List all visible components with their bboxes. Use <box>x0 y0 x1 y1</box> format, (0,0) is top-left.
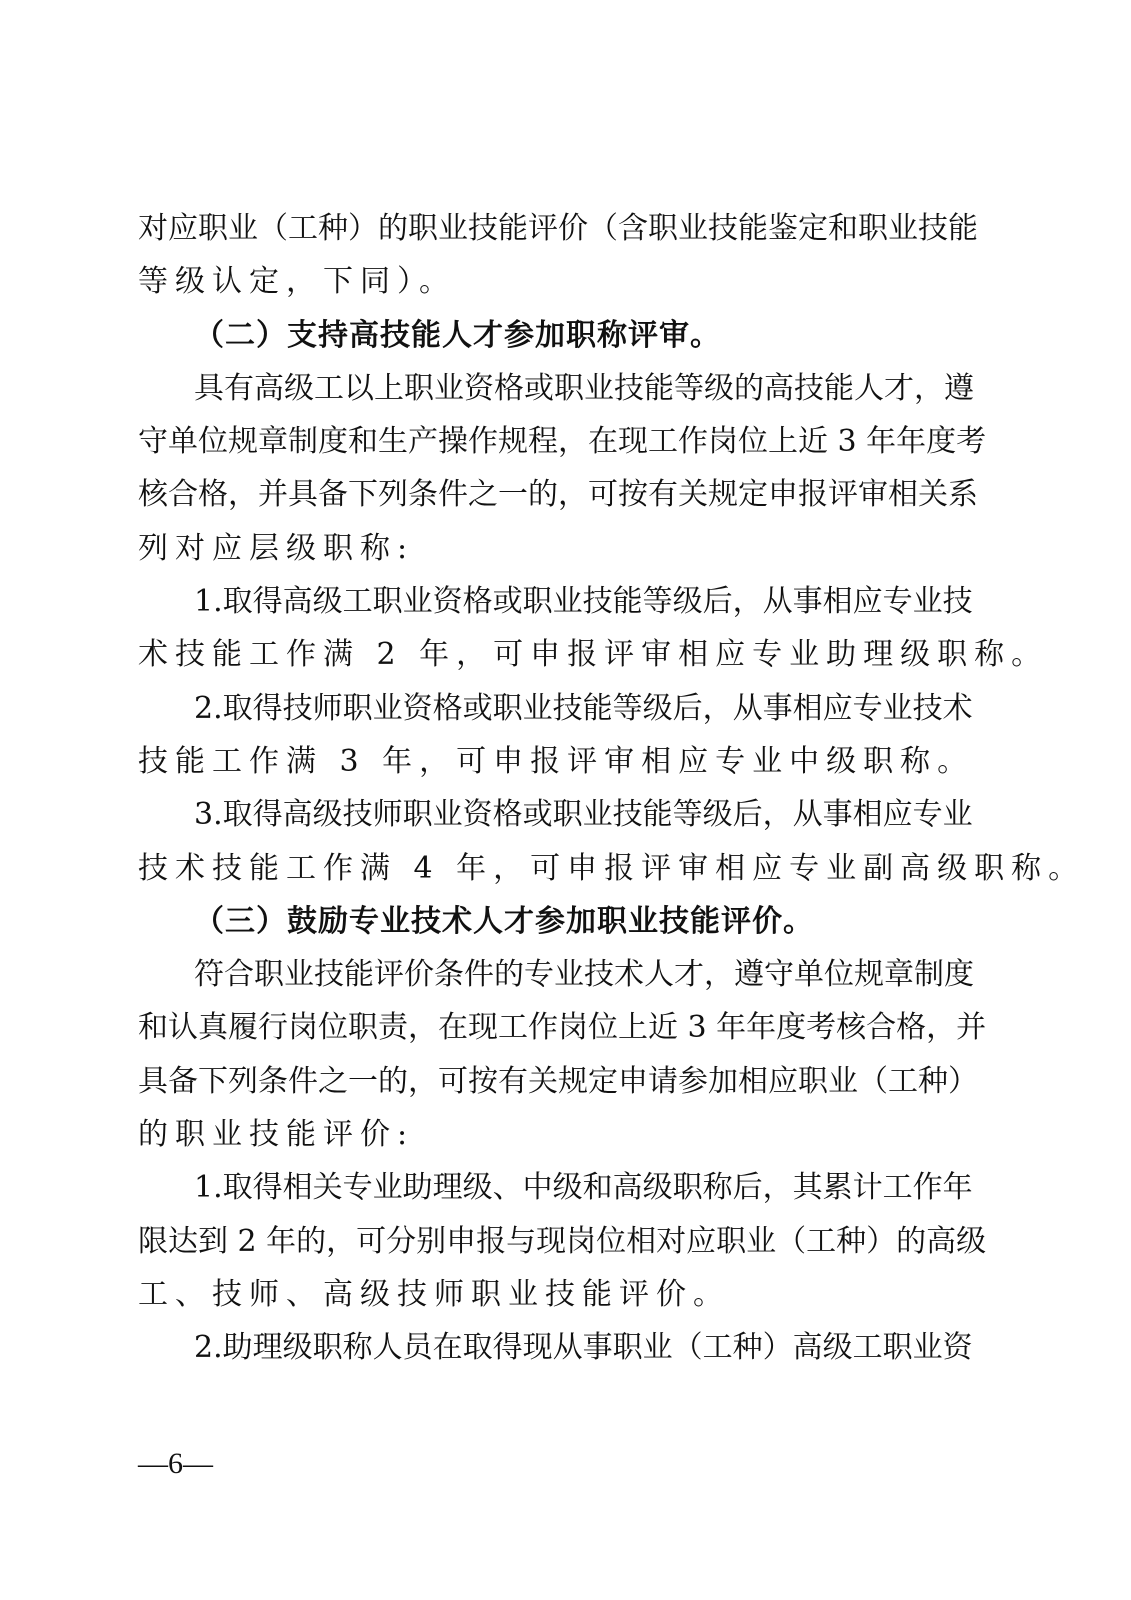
section-heading: （三）鼓励专业技术人才参加职业技能评价。 <box>138 900 962 953</box>
list-item-line: 1.取得相关专业助理级、中级和高级职称后，其累计工作年 <box>138 1166 962 1219</box>
text-line: 列对应层级职称: <box>138 527 962 580</box>
text-line: 对应职业（工种）的职业技能评价（含职业技能鉴定和职业技能 <box>138 207 962 260</box>
section-heading: （二）支持高技能人才参加职称评审。 <box>138 314 962 367</box>
text-line: 和认真履行岗位职责，在现工作岗位上近 3 年年度考核合格，并 <box>138 1006 962 1059</box>
paragraph-start-line: 符合职业技能评价条件的专业技术人才，遵守单位规章制度 <box>138 953 962 1006</box>
list-item-line: 3.取得高级技师职业资格或职业技能等级后，从事相应专业 <box>138 793 962 846</box>
text-line: 等级认定，下同）。 <box>138 260 962 313</box>
text-line: 限达到 2 年的，可分别申报与现岗位相对应职业（工种）的高级 <box>138 1220 962 1273</box>
list-item-line: 2.助理级职称人员在取得现从事职业（工种）高级工职业资 <box>138 1326 962 1379</box>
text-line: 技能工作满 3 年，可申报评审相应专业中级职称。 <box>138 740 962 793</box>
text-line: 的职业技能评价: <box>138 1113 962 1166</box>
document-page: 对应职业（工种）的职业技能评价（含职业技能鉴定和职业技能 等级认定，下同）。 （… <box>0 0 1131 1600</box>
page-number: —6— <box>138 1446 213 1482</box>
text-line: 具备下列条件之一的，可按有关规定申请参加相应职业（工种） <box>138 1060 962 1113</box>
document-body: 对应职业（工种）的职业技能评价（含职业技能鉴定和职业技能 等级认定，下同）。 （… <box>138 207 962 1380</box>
text-line: 守单位规章制度和生产操作规程，在现工作岗位上近 3 年年度考 <box>138 420 962 473</box>
paragraph-start-line: 具有高级工以上职业资格或职业技能等级的高技能人才，遵 <box>138 367 962 420</box>
text-line: 技术技能工作满 4 年，可申报评审相应专业副高级职称。 <box>138 847 962 900</box>
list-item-line: 1.取得高级工职业资格或职业技能等级后，从事相应专业技 <box>138 580 962 633</box>
list-item-line: 2.取得技师职业资格或职业技能等级后，从事相应专业技术 <box>138 687 962 740</box>
text-line: 核合格，并具备下列条件之一的，可按有关规定申报评审相关系 <box>138 473 962 526</box>
text-line: 工、技师、高级技师职业技能评价。 <box>138 1273 962 1326</box>
text-line: 术技能工作满 2 年，可申报评审相应专业助理级职称。 <box>138 633 962 686</box>
